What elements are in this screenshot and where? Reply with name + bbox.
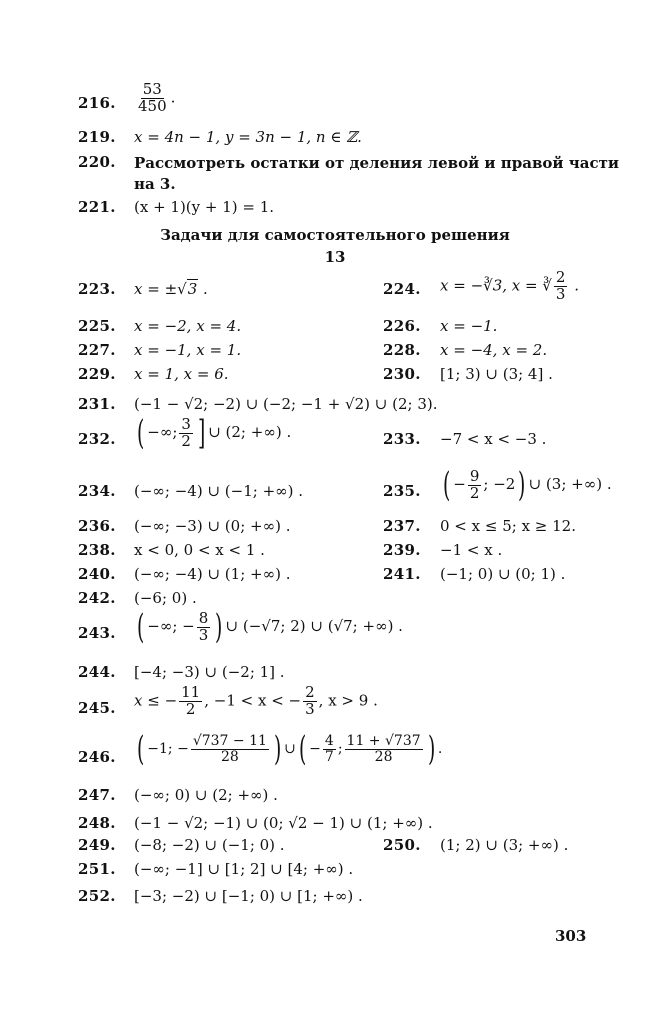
answer-number: 231. — [78, 395, 116, 413]
fraction: 23 — [303, 685, 317, 718]
answer-245: 245. x ≤ −112, −1 < x < −23, x > 9 . — [78, 699, 638, 721]
answer-number: 241. — [383, 565, 421, 583]
answer-248: 248. (−1 − √2; −1) ∪ (0; √2 − 1) ∪ (1; +… — [78, 814, 638, 836]
answer-text: (1; 2) ∪ (3; +∞) . — [440, 836, 568, 854]
answer-number: 226. — [383, 317, 421, 335]
answer-231: 231. (−1 − √2; −2) ∪ (−2; −1 + √2) ∪ (2;… — [78, 395, 638, 417]
answer-number: 244. — [78, 663, 116, 681]
answer-number: 248. — [78, 814, 116, 832]
answer-228: 228. x = −4, x = 2. — [78, 341, 638, 363]
answer-number: 250. — [383, 836, 421, 854]
answer-text: [−3; −2) ∪ [−1; 0) ∪ [1; +∞) . — [134, 887, 363, 905]
answer-number: 246. — [78, 748, 116, 766]
answer-221: 221. (x + 1)(y + 1) = 1. — [78, 198, 638, 220]
section-number: 13 — [0, 248, 670, 266]
answer-number: 251. — [78, 860, 116, 878]
answer-number: 252. — [78, 887, 116, 905]
answer-text: x = −∛3, x = ∛23 . — [440, 270, 579, 303]
answer-242: 242. (−6; 0) . — [78, 589, 638, 611]
answer-number: 243. — [78, 624, 116, 642]
answer-247: 247. (−∞; 0) ∪ (2; +∞) . — [78, 786, 638, 808]
answer-text: (x + 1)(y + 1) = 1. — [134, 198, 274, 216]
answer-text: (−92; −2)∪ (3; +∞) . — [440, 468, 612, 502]
answer-233: 233. −7 < x < −3 . — [78, 430, 638, 452]
answer-230: 230. [1; 3) ∪ (3; 4] . — [78, 365, 638, 387]
answer-220: 220. Рассмотреть остатки от деления лево… — [78, 153, 638, 197]
answer-text: x = −4, x = 2. — [440, 341, 547, 359]
answer-number: 216. — [78, 94, 116, 112]
answer-number: 219. — [78, 128, 116, 146]
fraction: 112 — [179, 685, 202, 718]
answer-252: 252. [−3; −2) ∪ [−1; 0) ∪ [1; +∞) . — [78, 887, 638, 909]
answer-text: (−1; −√737 − 1128)∪(−47;11 + √73728). — [134, 732, 442, 766]
answer-text: (−∞; −1] ∪ [1; 2] ∪ [4; +∞) . — [134, 860, 353, 878]
answer-text: (−1 − √2; −2) ∪ (−2; −1 + √2) ∪ (2; 3). — [134, 395, 438, 413]
answer-number: 235. — [383, 482, 421, 500]
answer-number: 221. — [78, 198, 116, 216]
answer-text: [1; 3) ∪ (3; 4] . — [440, 365, 553, 383]
fraction: 83 — [197, 611, 211, 644]
answer-216: 216. 53 450 . — [78, 82, 638, 126]
answer-text: −7 < x < −3 . — [440, 430, 546, 448]
answer-number: 233. — [383, 430, 421, 448]
answer-235: 235. (−92; −2)∪ (3; +∞) . — [78, 482, 638, 504]
answer-text: x ≤ −112, −1 < x < −23, x > 9 . — [134, 685, 378, 718]
fraction: √737 − 1128 — [191, 734, 269, 764]
answer-219: 219. x = 4n − 1, y = 3n − 1, n ∈ ℤ. — [78, 128, 638, 150]
answer-text: 53 450 . — [134, 82, 175, 115]
fraction: 92 — [468, 469, 482, 502]
answer-243: 243. (−∞; −83)∪ (−√7; 2) ∪ (√7; +∞) . — [78, 624, 638, 646]
textbook-page: 216. 53 450 . 219. x = 4n − 1, y = 3n − … — [0, 0, 670, 1024]
answer-number: 247. — [78, 786, 116, 804]
answer-number: 242. — [78, 589, 116, 607]
answer-text: 0 < x ≤ 5; x ≥ 12. — [440, 517, 576, 535]
fraction: 11 + √73728 — [345, 734, 423, 764]
fraction: 47 — [323, 734, 336, 764]
answer-number: 224. — [383, 280, 421, 298]
answer-226: 226. x = −1. — [78, 317, 638, 339]
answer-text: (−1 − √2; −1) ∪ (0; √2 − 1) ∪ (1; +∞) . — [134, 814, 433, 832]
answer-text: [−4; −3) ∪ (−2; 1] . — [134, 663, 285, 681]
answer-number: 245. — [78, 699, 116, 717]
answer-239: 239. −1 < x . — [78, 541, 638, 563]
page-number: 303 — [555, 927, 586, 945]
answer-244: 244. [−4; −3) ∪ (−2; 1] . — [78, 663, 638, 685]
fraction: 23 — [554, 270, 568, 303]
answer-246: 246. (−1; −√737 − 1128)∪(−47;11 + √73728… — [78, 748, 638, 770]
answer-text: x = −1. — [440, 317, 497, 335]
answer-237: 237. 0 < x ≤ 5; x ≥ 12. — [78, 517, 638, 539]
answer-251: 251. (−∞; −1] ∪ [1; 2] ∪ [4; +∞) . — [78, 860, 638, 882]
answer-number: 239. — [383, 541, 421, 559]
answer-text: (−∞; −83)∪ (−√7; 2) ∪ (√7; +∞) . — [134, 610, 403, 644]
fraction: 53 450 — [136, 82, 169, 115]
answer-250: 250. (1; 2) ∪ (3; +∞) . — [78, 836, 638, 858]
answer-text: Рассмотреть остатки от деления левой и п… — [134, 153, 619, 195]
section-title: Задачи для самостоятельного решения — [0, 226, 670, 244]
answer-241: 241. (−1; 0) ∪ (0; 1) . — [78, 565, 638, 587]
answer-number: 220. — [78, 153, 116, 171]
answer-number: 237. — [383, 517, 421, 535]
answer-224: 224. x = −∛3, x = ∛23 . — [78, 280, 638, 302]
answer-text: (−∞; 0) ∪ (2; +∞) . — [134, 786, 278, 804]
answer-number: 230. — [383, 365, 421, 383]
answer-number: 228. — [383, 341, 421, 359]
answer-text: (−1; 0) ∪ (0; 1) . — [440, 565, 565, 583]
answer-text: −1 < x . — [440, 541, 502, 559]
answer-text: (−6; 0) . — [134, 589, 197, 607]
answer-text: x = 4n − 1, y = 3n − 1, n ∈ ℤ. — [134, 128, 362, 146]
